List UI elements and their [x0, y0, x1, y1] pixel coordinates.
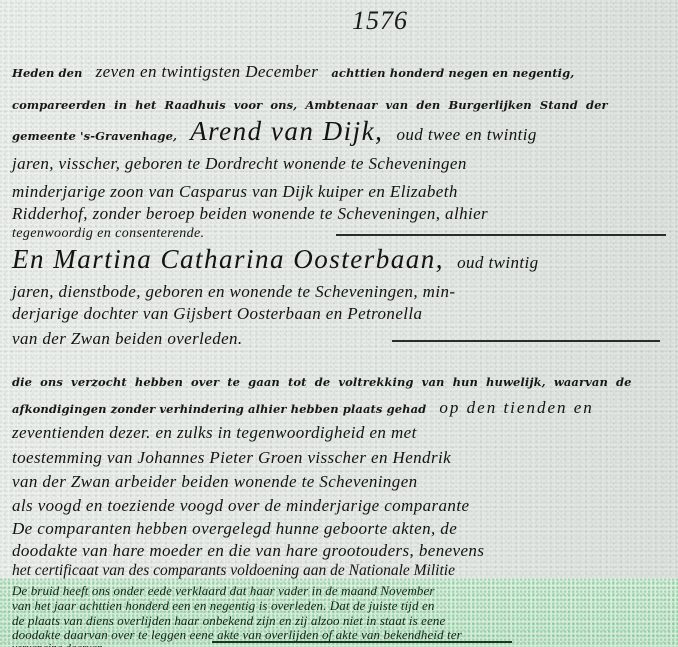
fill-rule — [392, 340, 660, 342]
record-line-10: derjarige dochter van Gijsbert Oosterbaa… — [12, 305, 422, 322]
record-line-11: van der Zwan beiden overleden. — [12, 330, 243, 347]
printed-municipality: gemeente 's-Gravenhage, — [12, 129, 177, 143]
handwritten-text: Ridderhof, zonder beroep beiden wonende … — [12, 204, 488, 223]
handwritten-text: doodakte van hare moeder en die van hare… — [12, 541, 484, 560]
proclamation-dates: op den tienden en — [439, 398, 593, 417]
page-number: 1576 — [352, 6, 408, 36]
record-line-7: tegenwoordig en consenterende. — [12, 224, 205, 241]
handwritten-text: van der Zwan arbeider beiden wonende te … — [12, 472, 418, 491]
record-line-18: De comparanten hebben overgelegd hunne g… — [12, 520, 457, 537]
record-line-19: doodakte van hare moeder en die van hare… — [12, 542, 484, 559]
record-line-12: die ons verzocht hebben over te gaan tot… — [12, 373, 632, 389]
handwritten-text: derjarige dochter van Gijsbert Oosterbaa… — [12, 304, 422, 323]
record-line-3: gemeente 's-Gravenhage, Arend van Dijk, … — [12, 118, 537, 145]
record-line-25: vervanging daarvan. — [12, 638, 106, 647]
handwritten-date: zeven en twintigsten December — [96, 62, 319, 81]
record-line-4: jaren, visscher, geboren te Dordrecht wo… — [12, 155, 467, 172]
handwritten-text: De bruid heeft ons onder eede verklaard … — [12, 583, 435, 598]
fill-rule — [212, 641, 512, 643]
record-line-2: compareerden in het Raadhuis voor ons, A… — [12, 96, 608, 112]
record-line-20: het certificaat van des comparants voldo… — [12, 562, 455, 579]
record-line-9: jaren, dienstbode, geboren en wonende te… — [12, 283, 455, 300]
bride-name: En Martina Catharina Oosterbaan, — [12, 244, 444, 274]
groom-age: oud twee en twintig — [396, 125, 536, 144]
record-line-6: Ridderhof, zonder beroep beiden wonende … — [12, 205, 488, 222]
record-line-1: Heden den zeven en twintigsten December … — [12, 63, 574, 80]
record-line-5: minderjarige zoon van Casparus van Dijk … — [12, 183, 458, 200]
printed-text: compareerden in het Raadhuis voor ons, A… — [12, 98, 608, 112]
handwritten-text: van der Zwan beiden overleden. — [12, 329, 243, 348]
record-line-13: afkondigingen zonder verhindering alhier… — [12, 399, 594, 416]
record-line-16: van der Zwan arbeider beiden wonende te … — [12, 473, 418, 490]
groom-name: Arend van Dijk, — [190, 116, 383, 146]
bride-age: oud twintig — [457, 253, 538, 272]
handwritten-text: vervanging daarvan. — [12, 642, 106, 647]
record-line-21: De bruid heeft ons onder eede verklaard … — [12, 582, 435, 598]
record-line-14: zeventienden dezer. en zulks in tegenwoo… — [12, 424, 417, 441]
record-line-22: van het jaar achttien honderd een en neg… — [12, 597, 434, 613]
record-line-15: toestemming van Johannes Pieter Groen vi… — [12, 449, 451, 466]
handwritten-text: als voogd en toeziende voogd over de min… — [12, 496, 469, 515]
handwritten-text: jaren, dienstbode, geboren en wonende te… — [12, 282, 455, 301]
handwritten-text: toestemming van Johannes Pieter Groen vi… — [12, 448, 451, 467]
fill-rule — [336, 234, 666, 236]
printed-year: achttien honderd negen en negentig, — [331, 66, 574, 80]
handwritten-text: zeventienden dezer. en zulks in tegenwoo… — [12, 423, 417, 442]
record-line-8: En Martina Catharina Oosterbaan, oud twi… — [12, 246, 539, 273]
handwritten-text: van het jaar achttien honderd een en neg… — [12, 598, 434, 613]
handwritten-text: jaren, visscher, geboren te Dordrecht wo… — [12, 154, 467, 173]
printed-text: afkondigingen zonder verhindering alhier… — [12, 402, 426, 416]
handwritten-text: De comparanten hebben overgelegd hunne g… — [12, 519, 457, 538]
handwritten-text: het certificaat van des comparants voldo… — [12, 562, 455, 579]
printed-text: die ons verzocht hebben over te gaan tot… — [12, 375, 632, 389]
record-line-17: als voogd en toeziende voogd over de min… — [12, 497, 469, 514]
handwritten-text: minderjarige zoon van Casparus van Dijk … — [12, 182, 458, 201]
handwritten-text: tegenwoordig en consenterende. — [12, 226, 205, 241]
printed-text: Heden den — [12, 66, 83, 80]
